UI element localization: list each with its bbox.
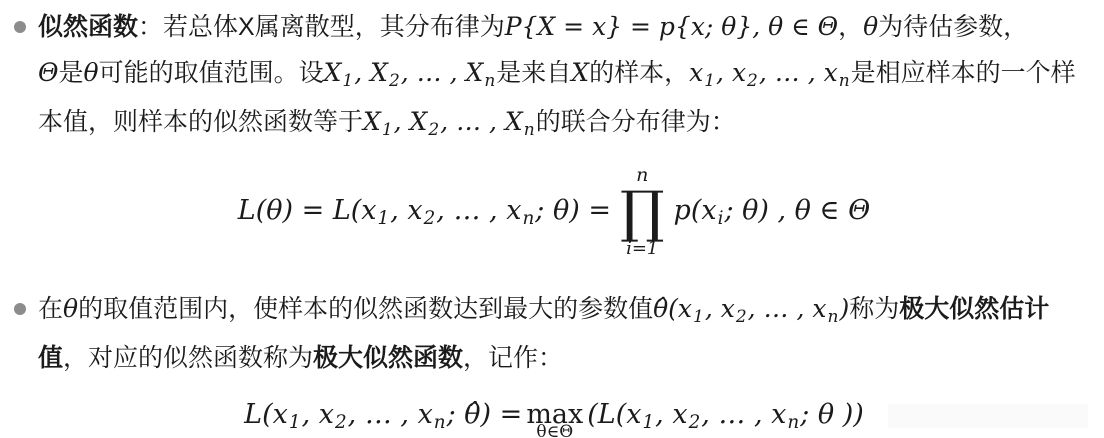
- text-segment: θ: [63, 294, 78, 323]
- text-segment: , … , X: [440, 107, 523, 136]
- text-segment: 的取值范围内，使样本的似然函数达到最大的参数值: [78, 295, 653, 323]
- text-segment: θ: [84, 58, 99, 87]
- text-segment: 的样本，: [589, 59, 689, 87]
- formula-right-part: p(xi; θ) , θ ∈ Θ: [674, 194, 871, 231]
- text-segment: 1: [382, 120, 393, 140]
- text-segment: , … , x: [701, 399, 786, 430]
- product-lower-limit: i=1: [626, 240, 658, 258]
- text-segment: , X: [354, 58, 388, 87]
- text-segment: 2: [389, 71, 400, 91]
- formula-left-part: L(x1, x2, … , xn; θ̂) =: [244, 397, 522, 436]
- text-segment: 2: [428, 120, 439, 140]
- text-segment: X: [363, 107, 381, 136]
- text-segment: (L(x: [587, 399, 641, 430]
- text-segment: 的联合分布律为：: [536, 108, 736, 136]
- text-segment: n: [787, 412, 799, 433]
- max-operator: max θ∈Θ: [526, 397, 583, 433]
- text-segment: ; θ) , θ ∈ Θ: [724, 195, 870, 226]
- bullet-item-2: 在θ的取值范围内，使样本的似然函数达到最大的参数值θ̂(x1, x2, … , …: [14, 286, 1094, 381]
- text-segment: X: [324, 58, 342, 87]
- text-segment: , x: [655, 399, 687, 430]
- text-segment: n: [484, 71, 495, 91]
- text-segment: 1: [289, 412, 301, 433]
- text-line: 在θ的取值范围内，使样本的似然函数达到最大的参数值θ̂(x1, x2, … , …: [38, 286, 1094, 335]
- text-segment: 1: [378, 208, 390, 229]
- text-segment: n: [828, 307, 839, 327]
- text-segment: 为待估参数，: [878, 13, 1028, 41]
- text-segment: , x: [716, 58, 746, 87]
- text-segment: θ: [863, 12, 878, 41]
- text-segment: n: [839, 71, 850, 91]
- text-segment: 是相应样本的一个样: [851, 59, 1076, 87]
- text-segment: n: [434, 412, 446, 433]
- text-segment: L(x: [244, 399, 288, 430]
- text-segment: Θ: [38, 58, 59, 87]
- text-segment: , x: [302, 399, 334, 430]
- text-segment: 2: [736, 307, 747, 327]
- likelihood-function-formula: L(θ) = L(x1, x2, … , xn; θ) = n ∏ i=1 p(…: [14, 162, 1094, 262]
- product-symbol-icon: ∏: [620, 188, 665, 237]
- text-segment: , … , X: [401, 58, 484, 87]
- text-line: Θ是θ可能的取值范围。设X1, X2, … , Xn是来自X的样本，x1, x2…: [38, 50, 1094, 99]
- watermark-remnant: [888, 404, 1088, 428]
- text-segment: 极大似然函数: [313, 344, 463, 372]
- text-segment: X: [571, 58, 589, 87]
- text-segment: 本值，则样本的似然函数等于: [38, 108, 363, 136]
- text-segment: , … , x: [748, 294, 827, 323]
- text-segment: 1: [693, 307, 704, 327]
- text-segment: 1: [642, 412, 654, 433]
- text-segment: , x: [390, 195, 422, 226]
- text-segment: 是: [59, 59, 84, 87]
- text-segment: θ̂(x: [653, 294, 692, 323]
- text-segment: 可能的取值范围。设: [99, 59, 324, 87]
- notes-slide: 似然函数：若总体X属离散型，其分布律为P{X = x} = p{x; θ}, θ…: [0, 0, 1104, 438]
- text-segment: ，记作：: [463, 344, 563, 372]
- text-segment: 称为: [849, 295, 899, 323]
- text-segment: L(θ) = L(x: [238, 195, 377, 226]
- text-segment: 是来自: [496, 59, 571, 87]
- paragraph-mle-definition: 在θ的取值范围内，使样本的似然函数达到最大的参数值θ̂(x1, x2, … , …: [38, 286, 1094, 381]
- text-segment: p(x: [674, 195, 717, 226]
- bullet-item-1: 似然函数：若总体X属离散型，其分布律为P{X = x} = p{x; θ}, θ…: [14, 4, 1094, 148]
- text-segment: , X: [394, 107, 428, 136]
- text-segment: 在: [38, 295, 63, 323]
- text-segment: , … , x: [759, 58, 838, 87]
- text-segment: ): [839, 294, 849, 323]
- text-line: 似然函数：若总体X属离散型，其分布律为P{X = x} = p{x; θ}, θ…: [38, 4, 1094, 50]
- product-operator: n ∏ i=1: [620, 166, 665, 258]
- text-segment: n: [522, 208, 534, 229]
- text-segment: 极大似然估计: [899, 295, 1049, 323]
- text-segment: ; θ) =: [535, 195, 611, 226]
- text-segment: 2: [424, 208, 436, 229]
- text-segment: , … , x: [436, 195, 521, 226]
- text-segment: ; θ )): [800, 399, 864, 430]
- formula-left-part: L(θ) = L(x1, x2, … , xn; θ) =: [238, 194, 611, 231]
- text-segment: 1: [342, 71, 353, 91]
- bullet-icon: [14, 303, 26, 315]
- text-segment: n: [524, 120, 535, 140]
- formula-right-part: (L(x1, x2, … , xn; θ )): [587, 397, 864, 436]
- text-segment: ，: [838, 13, 863, 41]
- bullet-icon: [14, 21, 26, 33]
- text-segment: 2: [689, 412, 701, 433]
- paragraph-likelihood-definition: 似然函数：若总体X属离散型，其分布律为P{X = x} = p{x; θ}, θ…: [38, 4, 1094, 148]
- text-segment: 2: [747, 71, 758, 91]
- text-segment: P{X = x} = p{x; θ}, θ ∈ Θ: [505, 12, 838, 41]
- text-segment: x: [689, 58, 703, 87]
- text-segment: 值: [38, 344, 63, 372]
- max-condition: θ∈Θ: [536, 424, 573, 438]
- text-segment: ; θ̂) =: [447, 399, 523, 430]
- text-segment: ：若总体X属离散型，其分布律为: [138, 13, 505, 41]
- text-segment: 2: [335, 412, 347, 433]
- text-line: 本值，则样本的似然函数等于X1, X2, … , Xn的联合分布律为：: [38, 99, 1094, 148]
- text-segment: ，对应的似然函数称为: [63, 344, 313, 372]
- text-segment: 1: [704, 71, 715, 91]
- text-segment: , … , x: [348, 399, 433, 430]
- text-segment: , x: [705, 294, 735, 323]
- text-segment: 似然函数: [38, 13, 138, 41]
- text-segment: i: [718, 208, 724, 229]
- text-line: 值，对应的似然函数称为极大似然函数，记作：: [38, 335, 1094, 381]
